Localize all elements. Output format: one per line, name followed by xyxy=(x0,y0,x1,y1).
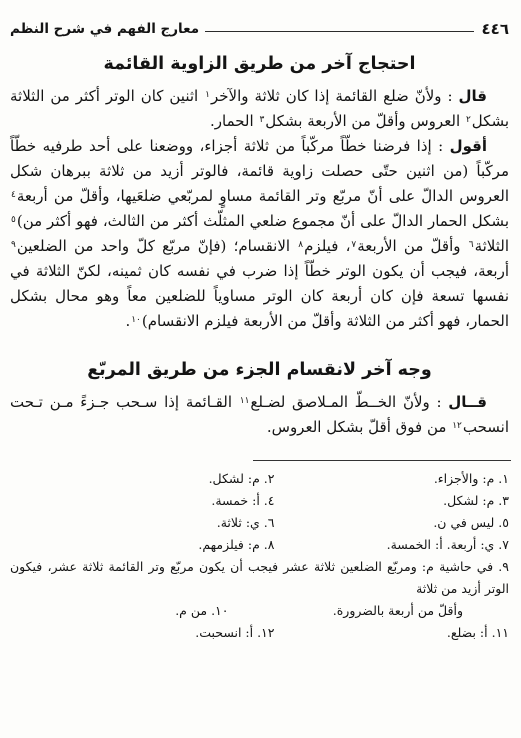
footnotes-block: ١. م: والأجزاء. ٢. م: لشكل. ٣. م: لشكل. … xyxy=(10,460,509,644)
footnote-3: ٣. م: لشكل. xyxy=(274,490,509,512)
book-page: ٤٤٦ معارج الفهم في شرح النظم احتجاج آخر … xyxy=(0,0,521,738)
page-number: ٤٤٦ xyxy=(482,20,509,38)
footnote-12: ١٢. أ: انسحبت. xyxy=(10,622,274,644)
page-header: ٤٤٦ معارج الفهم في شرح النظم xyxy=(10,20,509,38)
footnote-row: ١١. أ: بضلع. ١٢. أ: انسحبت. xyxy=(10,622,509,644)
paragraph-aqulu-sharh: أقول : إذا فرضنا خطّاً مركّباً من ثلاثة … xyxy=(10,134,509,334)
footnote-6: ٦. ي: ثلاثة. xyxy=(10,512,274,534)
footnote-5: ٥. ليس في ن. xyxy=(274,512,509,534)
footnote-10: ١٠. من م. xyxy=(10,600,228,622)
footnote-8: ٨. م: فيلزمهم. xyxy=(10,534,274,556)
footnote-row: ١. م: والأجزاء. ٢. م: لشكل. xyxy=(10,468,509,490)
section-heading-square-method: وجه آخر لانقسام الجزء من طريق المربّع xyxy=(10,360,509,380)
paragraph-qala-matn: قال : ولأنّ ضلع القائمة إذا كان ثلاثة وا… xyxy=(10,84,509,134)
footnote-row: ٧. ي: أربعة. أ: الخمسة. ٨. م: فيلزمهم. xyxy=(10,534,509,556)
footnote-11: ١١. أ: بضلع. xyxy=(274,622,509,644)
footnote-7: ٧. ي: أربعة. أ: الخمسة. xyxy=(274,534,509,556)
footnote-row: وأقلّ من أربعة بالضرورة. ١٠. من م. xyxy=(10,600,509,622)
section-heading-right-angle: احتجاج آخر من طريق الزاوية القائمة xyxy=(10,54,509,74)
header-rule xyxy=(205,31,473,32)
footnote-1: ١. م: والأجزاء. xyxy=(274,468,509,490)
footnote-row: ٣. م: لشكل. ٤. أ: خمسة. xyxy=(10,490,509,512)
paragraph-qala-matn-2: قــال : ولأنّ الخــطّ المـلاصق لضـلع١١ ا… xyxy=(10,390,509,440)
footnote-9-line1: ٩. في حاشية م: ومربّع الضلعين ثلاثة عشر … xyxy=(10,556,509,600)
footnote-9-line2: وأقلّ من أربعة بالضرورة. xyxy=(228,600,509,622)
footnote-row: ٥. ليس في ن. ٦. ي: ثلاثة. xyxy=(10,512,509,534)
footnote-2: ٢. م: لشكل. xyxy=(10,468,274,490)
book-title: معارج الفهم في شرح النظم xyxy=(10,21,199,37)
footnote-4: ٤. أ: خمسة. xyxy=(10,490,274,512)
footnote-separator-rule xyxy=(253,460,511,461)
